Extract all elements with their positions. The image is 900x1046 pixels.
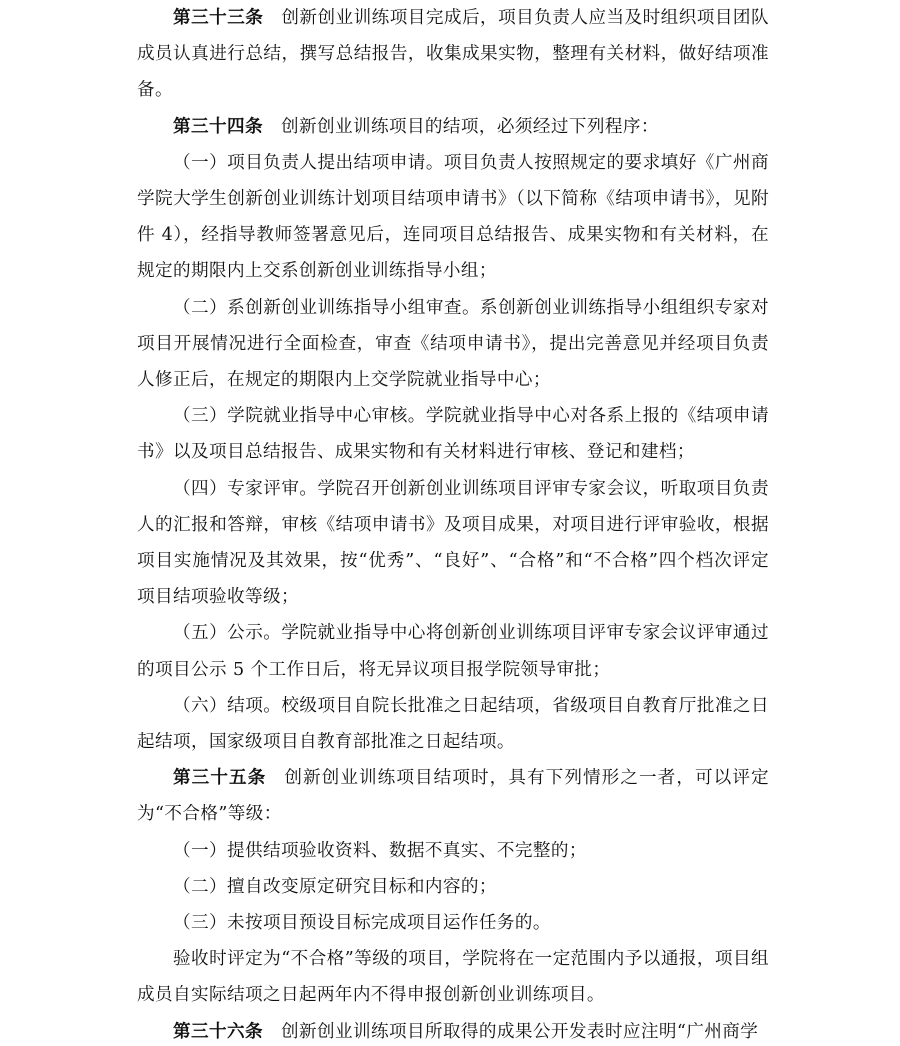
article-34-paragraph: 第三十四条创新创业训练项目的结项，必须经过下列程序：	[137, 109, 769, 145]
article-36-text: 创新创业训练项目所取得的成果公开发表时应注明“广州商学	[281, 1022, 758, 1042]
article-34-item-4: （四）专家评审。学院召开创新创业训练项目评审专家会议，听取项目负责人的汇报和答辩…	[137, 471, 769, 616]
article-33-heading: 第三十三条	[173, 7, 263, 28]
article-36-heading: 第三十六条	[173, 1021, 263, 1042]
article-34-item-3: （三）学院就业指导中心审核。学院就业指导中心对各系上报的《结项申请书》以及项目总…	[137, 398, 769, 470]
article-35-paragraph: 第三十五条创新创业训练项目结项时，具有下列情形之一者，可以评定为“不合格”等级：	[137, 760, 769, 832]
article-35-item-1: （一）提供结项验收资料、数据不真实、不完整的；	[137, 833, 769, 869]
article-36-paragraph: 第三十六条创新创业训练项目所取得的成果公开发表时应注明“广州商学	[137, 1014, 769, 1046]
article-34-item-2: （二）系创新创业训练指导小组审查。系创新创业训练指导小组组织专家对项目开展情况进…	[137, 290, 769, 399]
article-34-item-1: （一）项目负责人提出结项申请。项目负责人按照规定的要求填好《广州商学院大学生创新…	[137, 145, 769, 290]
article-35-item-3: （三）未按项目预设目标完成项目运作任务的。	[137, 905, 769, 941]
article-35-item-2: （二）擅自改变原定研究目标和内容的；	[137, 869, 769, 905]
article-34-text: 创新创业训练项目的结项，必须经过下列程序：	[281, 117, 659, 137]
article-33-paragraph: 第三十三条创新创业训练项目完成后，项目负责人应当及时组织项目团队成员认真进行总结…	[137, 0, 769, 109]
article-35-heading: 第三十五条	[173, 767, 266, 788]
article-34-heading: 第三十四条	[173, 116, 263, 137]
article-34-item-5: （五）公示。学院就业指导中心将创新创业训练项目评审专家会议评审通过的项目公示 5…	[137, 615, 769, 687]
document-page: 第三十三条创新创业训练项目完成后，项目负责人应当及时组织项目团队成员认真进行总结…	[137, 0, 769, 1046]
article-35-note: 验收时评定为“不合格”等级的项目，学院将在一定范围内予以通报，项目组成员自实际结…	[137, 941, 769, 1013]
article-34-item-6: （六）结项。校级项目自院长批准之日起结项，省级项目自教育厅批准之日起结项，国家级…	[137, 688, 769, 760]
